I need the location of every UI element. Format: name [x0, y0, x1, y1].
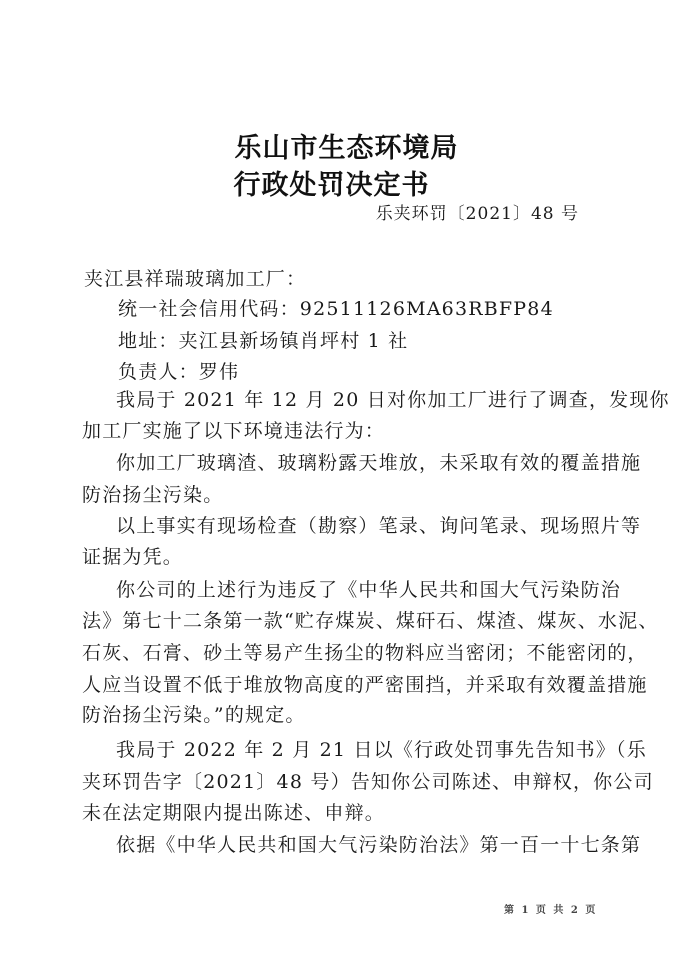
- paragraph-line: 未在法定期限内提出陈述、申辩。: [82, 798, 385, 825]
- paragraph-line: 人应当设置不低于堆放物高度的严密围挡，并采取有效覆盖措施: [82, 670, 648, 697]
- paragraph-line: 石灰、石膏、砂土等易产生扬尘的物料应当密闭；不能密闭的，: [82, 638, 648, 665]
- paragraph-line: 我局于 2021 年 12 月 20 日对你加工厂进行了调查，发现你: [116, 385, 670, 412]
- paragraph-line: 你加工厂玻璃渣、玻璃粉露天堆放，未采取有效的覆盖措施: [116, 448, 641, 475]
- recipient-name: 夹江县祥瑞玻璃加工厂：: [84, 264, 306, 291]
- paragraph-line: 依据《中华人民共和国大气污染防治法》第一百一十七条第: [116, 830, 641, 857]
- paragraph-line: 防治扬尘污染。”的规定。: [82, 700, 306, 727]
- paragraph-line: 防治扬尘污染。: [82, 480, 223, 507]
- paragraph-line: 以上事实有现场检查（勘察）笔录、询问笔录、现场照片等: [116, 511, 641, 538]
- address: 地址：夹江县新场镇肖坪村 1 社: [118, 326, 408, 353]
- agency-title: 乐山市生态环境局: [10, 126, 673, 165]
- paragraph-line: 法》第七十二条第一款“贮存煤炭、煤矸石、煤渣、煤灰、水泥、: [82, 606, 659, 633]
- paragraph-line: 你公司的上述行为违反了《中华人民共和国大气污染防治: [116, 575, 621, 602]
- paragraph-line: 证据为凭。: [82, 542, 183, 569]
- document-page: 乐山市生态环境局 行政处罚决定书 乐夹环罚〔2021〕48 号 夹江县祥瑞玻璃加…: [0, 0, 673, 960]
- person-in-charge: 负责人：罗伟: [118, 357, 239, 384]
- credit-code: 统一社会信用代码：92511126MA63RBFP84: [118, 294, 554, 321]
- paragraph-line: 夹环罚告字〔2021〕48 号）告知你公司陈述、申辩权，你公司: [82, 767, 654, 794]
- paragraph-line: 我局于 2022 年 2 月 21 日以《行政处罚事先告知书》（乐: [116, 735, 647, 762]
- page-indicator: 第 1 页 共 2 页: [504, 901, 597, 916]
- paragraph-line: 加工厂实施了以下环境违法行为：: [82, 416, 385, 443]
- document-type-title: 行政处罚决定书: [0, 163, 668, 202]
- document-number: 乐夹环罚〔2021〕48 号: [376, 199, 579, 224]
